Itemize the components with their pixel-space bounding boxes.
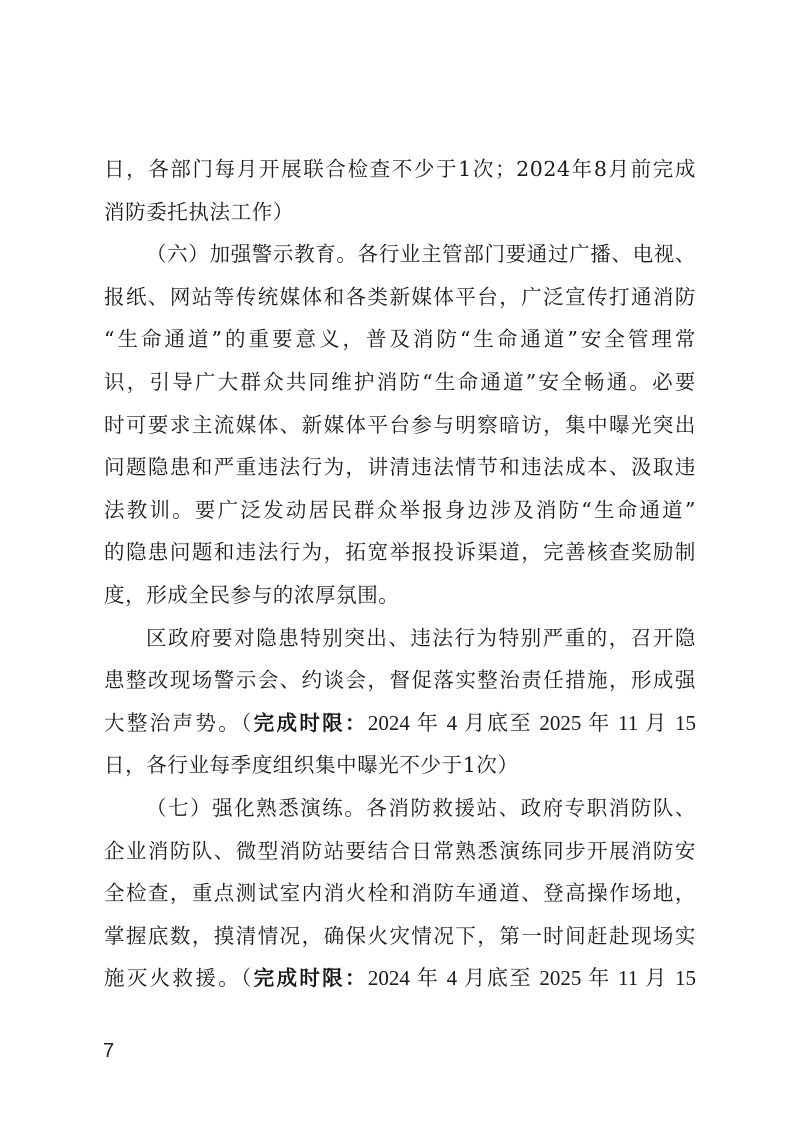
section-heading-6: （六）加强警示教育。各行业主管部门要通过广播、电视、 — [104, 233, 696, 276]
text-line-6: 识，引导广大群众共同维护消防“生命通道”安全畅通。必要 — [104, 361, 696, 404]
text-line-2: 消防委托执法工作） — [104, 191, 696, 234]
page-number: 7 — [103, 1040, 114, 1063]
text-line-14-deadline: 大整治声势。（完成时限：2024 年 4 月底至 2025 年 11 月 15 — [104, 702, 696, 745]
deadline-prefix: 大整治声势。（ — [104, 711, 254, 735]
text-line-4: 报纸、网站等传统媒体和各类新媒体平台，广泛宣传打通消防 — [104, 276, 696, 319]
text-line-13: 患整改现场警示会、约谈会，督促落实整治责任措施，形成强 — [104, 659, 696, 702]
deadline-prefix: 施灭火救援。（ — [104, 966, 254, 990]
deadline-dates: 2024 年 4 月底至 2025 年 11 月 15 — [368, 711, 696, 735]
document-body: 日，各部门每月开展联合检查不少于1次；2024年8月前完成 消防委托执法工作） … — [104, 148, 696, 1000]
section-heading-7: （七）强化熟悉演练。各消防救援站、政府专职消防队、 — [104, 787, 696, 830]
text-line-1: 日，各部门每月开展联合检查不少于1次；2024年8月前完成 — [104, 148, 696, 191]
text-line-15: 日，各行业每季度组织集中曝光不少于1次） — [104, 744, 696, 787]
text-line-8: 问题隐患和严重违法行为，讲清违法情节和违法成本、汲取违 — [104, 446, 696, 489]
text-line-11: 度，形成全民参与的浓厚氛围。 — [104, 574, 696, 617]
text-line-17: 企业消防队、微型消防站要结合日常熟悉演练同步开展消防安 — [104, 830, 696, 873]
text-line-10: 的隐患问题和违法行为，拓宽举报投诉渠道，完善核查奖励制 — [104, 531, 696, 574]
text-line-20-deadline: 施灭火救援。（完成时限：2024 年 4 月底至 2025 年 11 月 15 — [104, 957, 696, 1000]
deadline-label: 完成时限： — [254, 966, 368, 990]
text-line-5: “生命通道”的重要意义，普及消防“生命通道”安全管理常 — [104, 318, 696, 361]
text-line-7: 时可要求主流媒体、新媒体平台参与明察暗访，集中曝光突出 — [104, 404, 696, 447]
text-line-19: 掌握底数，摸清情况，确保火灾情况下，第一时间赶赴现场实 — [104, 915, 696, 958]
deadline-dates: 2024 年 4 月底至 2025 年 11 月 15 — [368, 966, 696, 990]
text-line-18: 全检查，重点测试室内消火栓和消防车通道、登高操作场地， — [104, 872, 696, 915]
text-line-9: 法教训。要广泛发动居民群众举报身边涉及消防“生命通道” — [104, 489, 696, 532]
paragraph-district-government: 区政府要对隐患特别突出、违法行为特别严重的，召开隐 — [104, 617, 696, 660]
deadline-label: 完成时限： — [254, 711, 368, 735]
